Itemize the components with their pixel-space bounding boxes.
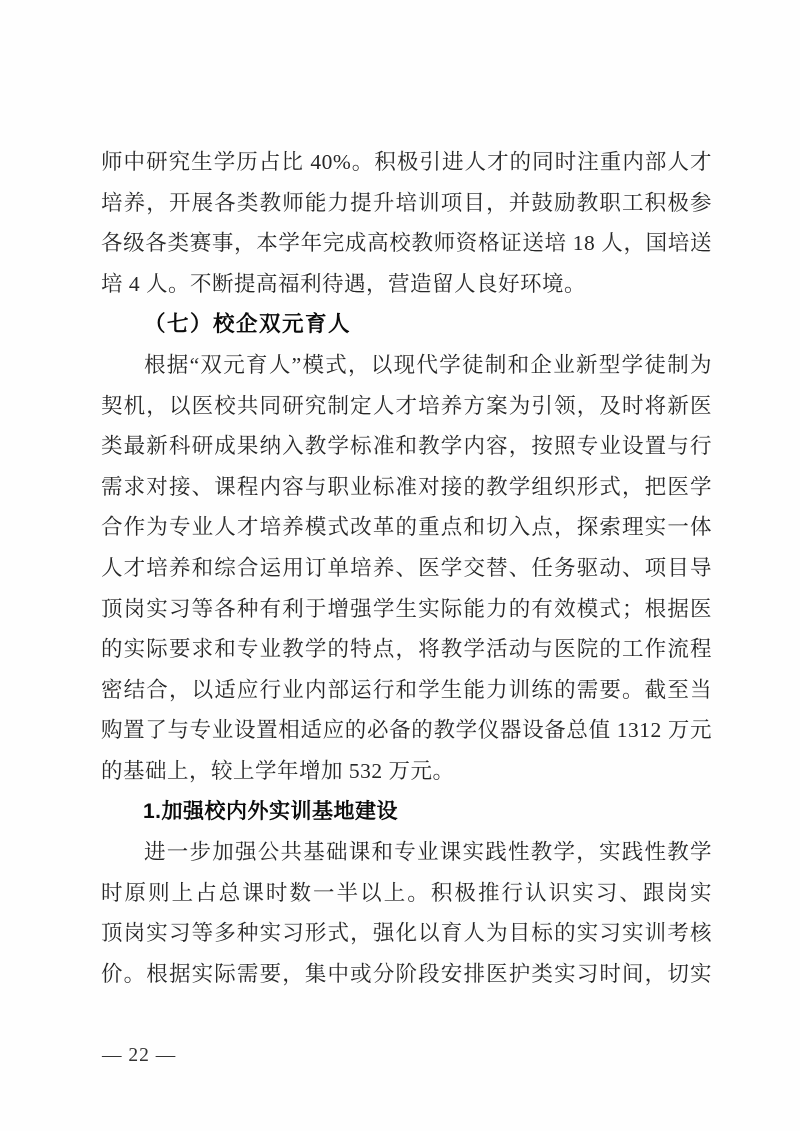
paragraph-line: 人才培养和综合运用订单培养、医学交替、任务驱动、项目导向、	[101, 548, 712, 589]
document-page: 师中研究生学历占比 40%。积极引进人才的同时注重内部人才的 培养，开展各类教师…	[0, 0, 800, 1131]
paragraph-line: 的实际要求和专业教学的特点，将教学活动与医院的工作流程紧	[101, 629, 712, 670]
paragraph-line: 类最新科研成果纳入教学标准和教学内容，按照专业设置与行业	[101, 426, 712, 467]
paragraph-line: 师中研究生学历占比 40%。积极引进人才的同时注重内部人才的	[101, 142, 712, 183]
paragraph-line: 时原则上占总课时数一半以上。积极推行认识实习、跟岗实习、	[101, 873, 712, 914]
paragraph-line: 的基础上，较上学年增加 532 万元。	[101, 751, 712, 792]
document-body: 师中研究生学历占比 40%。积极引进人才的同时注重内部人才的 培养，开展各类教师…	[101, 142, 712, 994]
subsection-heading: 1.加强校内外实训基地建设	[101, 792, 712, 833]
paragraph-line: 顶岗实习等多种实习形式，强化以育人为目标的实习实训考核评	[101, 913, 712, 954]
section-heading: （七）校企双元育人	[101, 304, 712, 345]
paragraph-line: 价。根据实际需要，集中或分阶段安排医护类实习时间，切实规	[101, 954, 712, 995]
page-footer: — 22 —	[102, 1045, 176, 1067]
page-number: — 22 —	[102, 1045, 176, 1066]
paragraph-line: 培养，开展各类教师能力提升培训项目，并鼓励教职工积极参加	[101, 183, 712, 224]
paragraph-line: 契机，以医校共同研究制定人才培养方案为引领，及时将新医学	[101, 386, 712, 427]
paragraph-line: 进一步加强公共基础课和专业课实践性教学，实践性教学课	[101, 832, 712, 873]
paragraph-line: 培 4 人。不断提高福利待遇，营造留人良好环境。	[101, 264, 712, 305]
paragraph-line: 需求对接、课程内容与职业标准对接的教学组织形式，把医学结	[101, 467, 712, 508]
paragraph-line: 购置了与专业设置相适应的必备的教学仪器设备总值 1312 万元	[101, 710, 712, 751]
paragraph-line: 根据“双元育人”模式，以现代学徒制和企业新型学徒制为	[101, 345, 712, 386]
paragraph-line: 各级各类赛事，本学年完成高校教师资格证送培 18 人，国培送	[101, 223, 712, 264]
paragraph-line: 密结合，以适应行业内部运行和学生能力训练的需要。截至当前，	[101, 670, 712, 711]
paragraph-line: 合作为专业人才培养模式改革的重点和切入点，探索理实一体化	[101, 507, 712, 548]
paragraph-line: 顶岗实习等各种有利于增强学生实际能力的有效模式；根据医院	[101, 589, 712, 630]
